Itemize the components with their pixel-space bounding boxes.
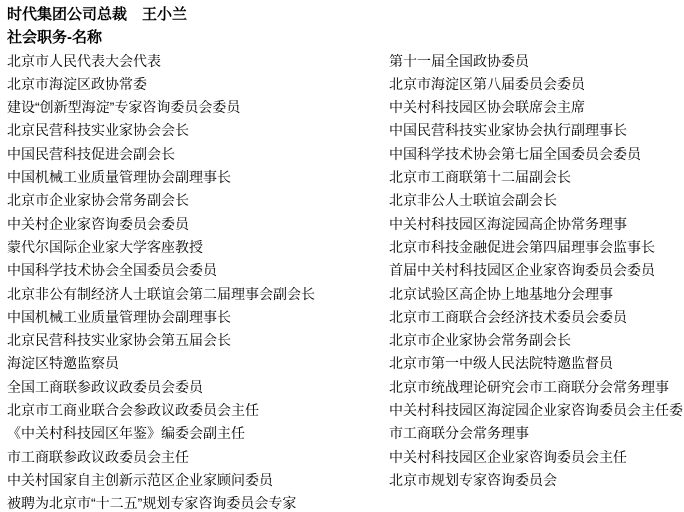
position-left: 中国科学技术协会全国委员会委员 bbox=[7, 259, 389, 282]
position-row: 中关村国家自主创新示范区企业家顾问委员 北京市规划专家咨询委员会 bbox=[7, 469, 684, 492]
position-row: 北京市工商业联合会参政议政委员会主任 中关村科技园区海淀园企业家咨询委员会主任委… bbox=[7, 399, 684, 422]
position-left: 中关村企业家咨询委员会委员 bbox=[7, 213, 389, 236]
position-row: 北京民营科技实业家协会会长 中国民营科技实业家协会执行副理事长 bbox=[7, 119, 684, 142]
section-header: 社会职务-名称 bbox=[7, 26, 684, 49]
position-row: 全国工商联参政议政委员会委员 北京市统战理论研究会市工商联分会常务理事 bbox=[7, 376, 684, 399]
position-row: 北京市人民代表大会代表 第十一届全国政协委员 bbox=[7, 50, 684, 73]
position-right: 中关村科技园区海淀园高企协常务理事 bbox=[389, 213, 684, 236]
position-row: 中国民营科技促进会副会长 中国科学技术协会第七届全国委员会委员 bbox=[7, 143, 684, 166]
position-row: 中关村企业家咨询委员会委员 中关村科技园区海淀园高企协常务理事 bbox=[7, 213, 684, 236]
position-left: 建设“创新型海淀”专家咨询委员会委员 bbox=[7, 96, 389, 119]
position-row: 中国科学技术协会全国委员会委员 首届中关村科技园区企业家咨询委员会委员 bbox=[7, 259, 684, 282]
position-right: 北京市科技金融促进会第四届理事会监事长 bbox=[389, 236, 684, 259]
position-right: 中关村科技园区海淀园企业家咨询委员会主任委员 bbox=[389, 399, 684, 422]
position-row: 中国机械工业质量管理协会副理事长 北京市工商联合会经济技术委员会委员 bbox=[7, 306, 684, 329]
position-left: 中关村国家自主创新示范区企业家顾问委员 bbox=[7, 469, 389, 492]
position-left: 被聘为北京市“十二五”规划专家咨询委员会专家 bbox=[7, 492, 389, 512]
position-right: 市工商联分会常务理事 bbox=[389, 422, 684, 445]
position-left: 北京市工商业联合会参政议政委员会主任 bbox=[7, 399, 389, 422]
position-right: 北京非公人士联谊会副会长 bbox=[389, 189, 684, 212]
position-left: 北京市人民代表大会代表 bbox=[7, 50, 389, 73]
position-row: 中国机械工业质量管理协会副理事长 北京市工商联第十二届副会长 bbox=[7, 166, 684, 189]
position-row: 建设“创新型海淀”专家咨询委员会委员 中关村科技园区协会联席会主席 bbox=[7, 96, 684, 119]
position-row: 北京市企业家协会常务副会长 北京非公人士联谊会副会长 bbox=[7, 189, 684, 212]
position-left: 北京市海淀区政协常委 bbox=[7, 73, 389, 96]
position-left: 蒙代尔国际企业家大学客座教授 bbox=[7, 236, 389, 259]
position-right: 中关村科技园区协会联席会主席 bbox=[389, 96, 684, 119]
position-left: 中国机械工业质量管理协会副理事长 bbox=[7, 306, 389, 329]
position-right bbox=[389, 492, 684, 512]
position-left: 北京民营科技实业家协会第五届会长 bbox=[7, 329, 389, 352]
position-left: 中国民营科技促进会副会长 bbox=[7, 143, 389, 166]
position-left: 全国工商联参政议政委员会委员 bbox=[7, 376, 389, 399]
position-right: 中关村科技园区企业家咨询委员会主任 bbox=[389, 446, 684, 469]
document: 时代集团公司总裁 王小兰 社会职务-名称 北京市人民代表大会代表 第十一届全国政… bbox=[0, 0, 684, 512]
position-right: 北京市海淀区第八届委员会委员 bbox=[389, 73, 684, 96]
position-right: 中国科学技术协会第七届全国委员会委员 bbox=[389, 143, 684, 166]
position-row: 市工商联参政议政委员会主任 中关村科技园区企业家咨询委员会主任 bbox=[7, 446, 684, 469]
position-left: 北京非公有制经济人士联谊会第二届理事会副会长 bbox=[7, 283, 389, 306]
position-right: 北京市第一中级人民法院特邀监督员 bbox=[389, 352, 684, 375]
position-left: 海淀区特邀监察员 bbox=[7, 352, 389, 375]
position-row: 蒙代尔国际企业家大学客座教授 北京市科技金融促进会第四届理事会监事长 bbox=[7, 236, 684, 259]
position-row: 被聘为北京市“十二五”规划专家咨询委员会专家 bbox=[7, 492, 684, 512]
position-right: 北京市工商联合会经济技术委员会委员 bbox=[389, 306, 684, 329]
position-row: 海淀区特邀监察员 北京市第一中级人民法院特邀监督员 bbox=[7, 352, 684, 375]
position-left: 市工商联参政议政委员会主任 bbox=[7, 446, 389, 469]
positions-list: 北京市人民代表大会代表 第十一届全国政协委员 北京市海淀区政协常委 北京市海淀区… bbox=[7, 50, 684, 512]
position-left: 北京民营科技实业家协会会长 bbox=[7, 119, 389, 142]
position-row: 北京非公有制经济人士联谊会第二届理事会副会长 北京试验区高企协上地基地分会理事 bbox=[7, 283, 684, 306]
position-left: 北京市企业家协会常务副会长 bbox=[7, 189, 389, 212]
position-right: 第十一届全国政协委员 bbox=[389, 50, 684, 73]
position-left: 中国机械工业质量管理协会副理事长 bbox=[7, 166, 389, 189]
position-right: 北京市工商联第十二届副会长 bbox=[389, 166, 684, 189]
position-row: 《中关村科技园区年鉴》编委会副主任 市工商联分会常务理事 bbox=[7, 422, 684, 445]
position-right: 北京市统战理论研究会市工商联分会常务理事 bbox=[389, 376, 684, 399]
position-right: 北京试验区高企协上地基地分会理事 bbox=[389, 283, 684, 306]
position-right: 北京市企业家协会常务副会长 bbox=[389, 329, 684, 352]
position-row: 北京市海淀区政协常委 北京市海淀区第八届委员会委员 bbox=[7, 73, 684, 96]
position-right: 北京市规划专家咨询委员会 bbox=[389, 469, 684, 492]
page-title: 时代集团公司总裁 王小兰 bbox=[7, 3, 684, 26]
position-row: 北京民营科技实业家协会第五届会长 北京市企业家协会常务副会长 bbox=[7, 329, 684, 352]
position-right: 首届中关村科技园区企业家咨询委员会委员 bbox=[389, 259, 684, 282]
position-left: 《中关村科技园区年鉴》编委会副主任 bbox=[7, 422, 389, 445]
position-right: 中国民营科技实业家协会执行副理事长 bbox=[389, 119, 684, 142]
